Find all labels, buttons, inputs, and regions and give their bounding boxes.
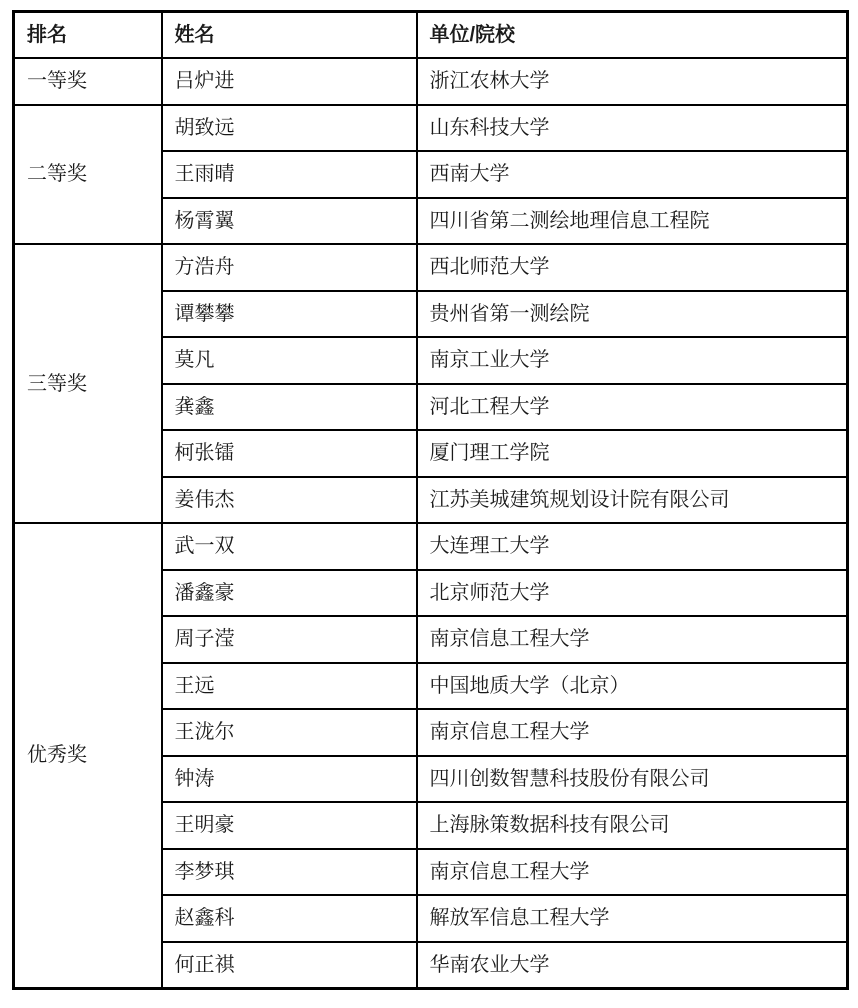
name-cell: 赵鑫科: [162, 895, 417, 942]
org-cell: 河北工程大学: [417, 384, 848, 431]
org-cell: 解放军信息工程大学: [417, 895, 848, 942]
name-cell: 杨霄翼: [162, 198, 417, 245]
name-cell: 潘鑫豪: [162, 570, 417, 617]
org-cell: 中国地质大学（北京）: [417, 663, 848, 710]
org-cell: 江苏美城建筑规划设计院有限公司: [417, 477, 848, 524]
header-row: 排名 姓名 单位/院校: [14, 12, 848, 59]
name-cell: 李梦琪: [162, 849, 417, 896]
org-cell: 浙江农林大学: [417, 58, 848, 105]
org-cell: 西南大学: [417, 151, 848, 198]
awards-table: 排名 姓名 单位/院校 一等奖吕炉进浙江农林大学二等奖胡致远山东科技大学王雨晴西…: [12, 10, 849, 990]
org-cell: 山东科技大学: [417, 105, 848, 152]
name-cell: 何正祺: [162, 942, 417, 989]
org-cell: 南京信息工程大学: [417, 849, 848, 896]
table-row: 一等奖吕炉进浙江农林大学: [14, 58, 848, 105]
name-cell: 周子滢: [162, 616, 417, 663]
name-cell: 吕炉进: [162, 58, 417, 105]
org-cell: 华南农业大学: [417, 942, 848, 989]
org-cell: 南京工业大学: [417, 337, 848, 384]
org-cell: 上海脉策数据科技有限公司: [417, 802, 848, 849]
name-cell: 王泷尔: [162, 709, 417, 756]
rank-cell: 一等奖: [14, 58, 162, 105]
name-cell: 王远: [162, 663, 417, 710]
name-cell: 武一双: [162, 523, 417, 570]
rank-cell: 二等奖: [14, 105, 162, 245]
org-cell: 厦门理工学院: [417, 430, 848, 477]
name-cell: 柯张镭: [162, 430, 417, 477]
name-cell: 钟涛: [162, 756, 417, 803]
header-rank: 排名: [14, 12, 162, 59]
org-cell: 南京信息工程大学: [417, 709, 848, 756]
name-cell: 龚鑫: [162, 384, 417, 431]
name-cell: 谭攀攀: [162, 291, 417, 338]
org-cell: 大连理工大学: [417, 523, 848, 570]
table-row: 三等奖方浩舟西北师范大学: [14, 244, 848, 291]
header-name: 姓名: [162, 12, 417, 59]
name-cell: 王雨晴: [162, 151, 417, 198]
name-cell: 姜伟杰: [162, 477, 417, 524]
header-org: 单位/院校: [417, 12, 848, 59]
name-cell: 莫凡: [162, 337, 417, 384]
table-row: 二等奖胡致远山东科技大学: [14, 105, 848, 152]
org-cell: 北京师范大学: [417, 570, 848, 617]
org-cell: 西北师范大学: [417, 244, 848, 291]
rank-cell: 三等奖: [14, 244, 162, 523]
org-cell: 四川省第二测绘地理信息工程院: [417, 198, 848, 245]
name-cell: 胡致远: [162, 105, 417, 152]
name-cell: 王明豪: [162, 802, 417, 849]
org-cell: 四川创数智慧科技股份有限公司: [417, 756, 848, 803]
org-cell: 南京信息工程大学: [417, 616, 848, 663]
table-row: 优秀奖武一双大连理工大学: [14, 523, 848, 570]
awards-table-container: 排名 姓名 单位/院校 一等奖吕炉进浙江农林大学二等奖胡致远山东科技大学王雨晴西…: [0, 0, 858, 1000]
org-cell: 贵州省第一测绘院: [417, 291, 848, 338]
rank-cell: 优秀奖: [14, 523, 162, 988]
name-cell: 方浩舟: [162, 244, 417, 291]
